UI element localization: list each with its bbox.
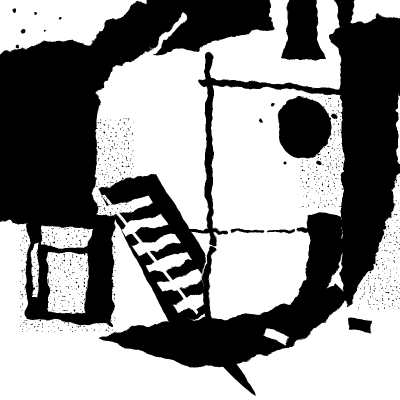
speckle-patch: [0, 0, 64, 54]
speckle-patch: [20, 228, 116, 332]
speckle-patch: [252, 96, 304, 162]
speckle-patch: [338, 0, 400, 42]
speckle-patch: [204, 238, 336, 328]
speckle-patch: [60, 328, 190, 388]
artwork-canvas: [0, 0, 400, 400]
speckle-patch: [96, 118, 134, 222]
speckle-patch: [358, 176, 400, 310]
house-print-illustration: [0, 0, 400, 400]
speckle-patch: [300, 96, 348, 208]
